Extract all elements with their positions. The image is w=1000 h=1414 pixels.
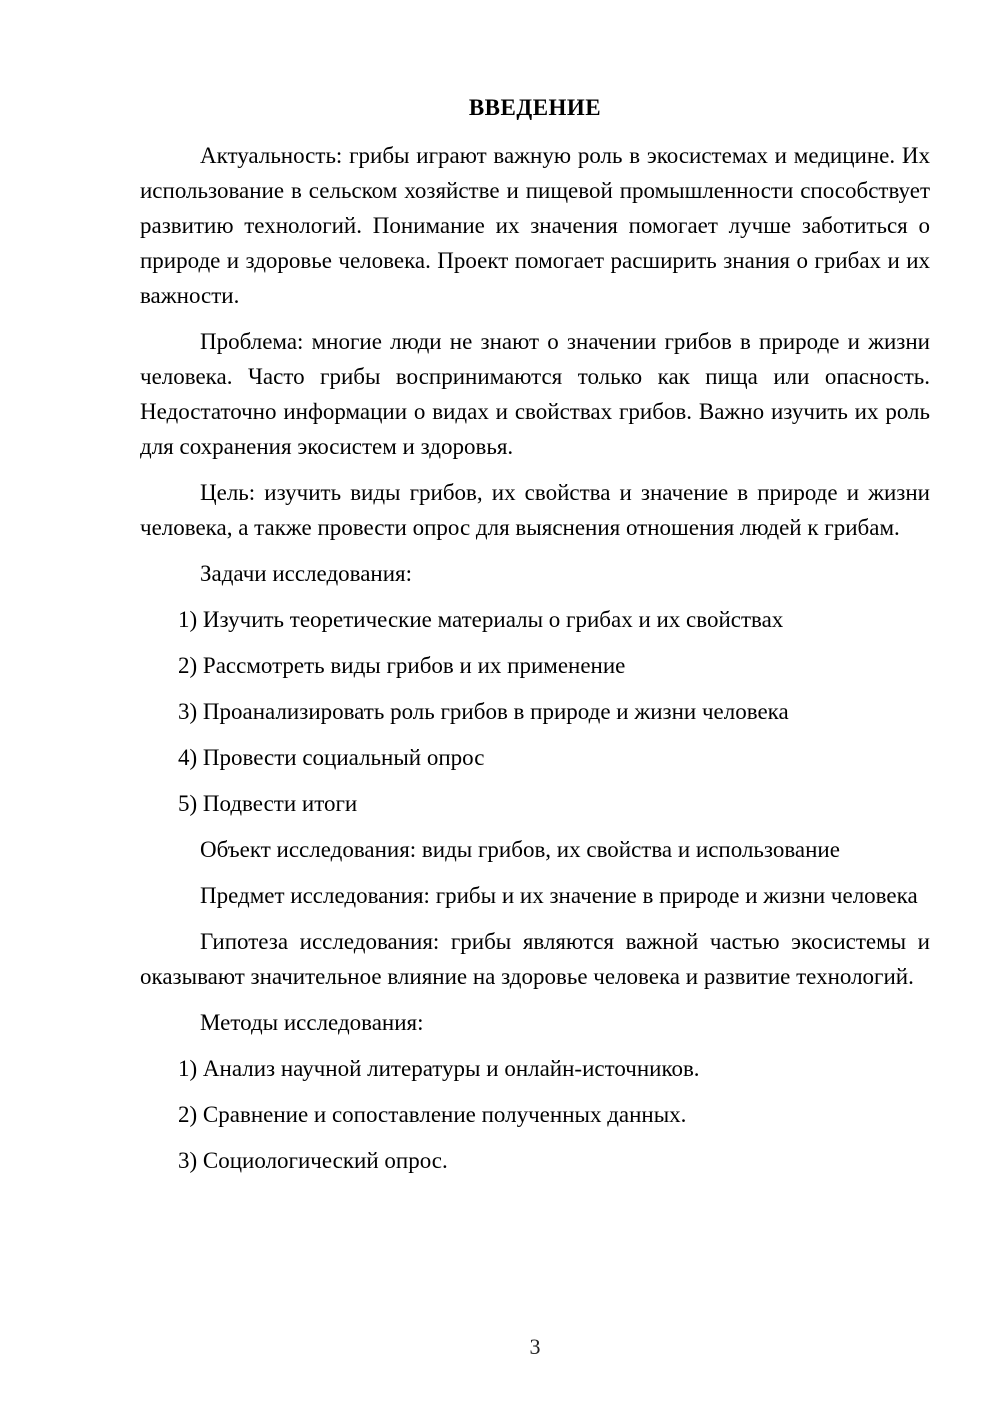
list-item: 4) Провести социальный опрос [140, 740, 930, 775]
page-number: 3 [140, 1329, 930, 1364]
list-item: 2) Рассмотреть виды грибов и их применен… [140, 648, 930, 683]
paragraph: Цель: изучить виды грибов, их свойства и… [140, 475, 930, 545]
list-item: 2) Сравнение и сопоставление полученных … [140, 1097, 930, 1132]
paragraph: Проблема: многие люди не знают о значени… [140, 324, 930, 464]
list-item: 1) Изучить теоретические материалы о гри… [140, 602, 930, 637]
paragraph: Методы исследования: [140, 1005, 930, 1040]
paragraph: Актуальность: грибы играют важную роль в… [140, 138, 930, 313]
list-item: 3) Проанализировать роль грибов в природ… [140, 694, 930, 729]
paragraph: Объект исследования: виды грибов, их сво… [140, 832, 930, 867]
document-page: ВВЕДЕНИЕ Актуальность: грибы играют важн… [0, 0, 1000, 1414]
paragraph: Предмет исследования: грибы и их значени… [140, 878, 930, 913]
list-item: 3) Социологический опрос. [140, 1143, 930, 1178]
list-item: 5) Подвести итоги [140, 786, 930, 821]
page-title: ВВЕДЕНИЕ [140, 90, 930, 125]
document-body: Актуальность: грибы играют важную роль в… [140, 138, 930, 1189]
list-item: 1) Анализ научной литературы и онлайн-ис… [140, 1051, 930, 1086]
paragraph: Гипотеза исследования: грибы являются ва… [140, 924, 930, 994]
paragraph: Задачи исследования: [140, 556, 930, 591]
